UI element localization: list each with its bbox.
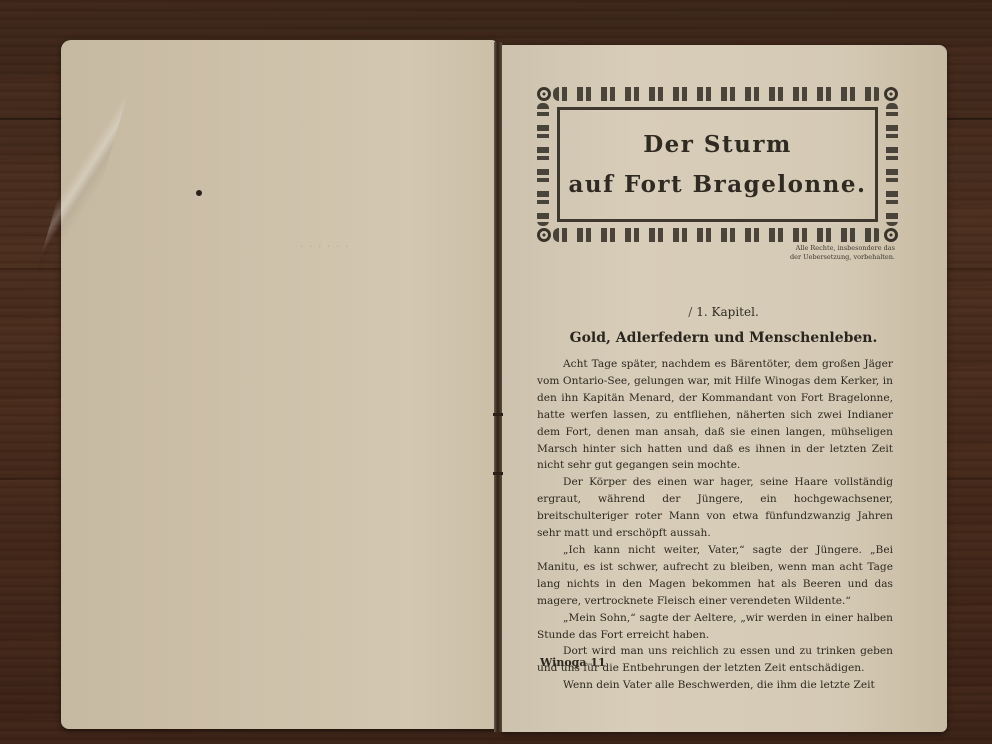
staple [493, 413, 503, 416]
signature-mark: Winoga 11 [540, 656, 606, 669]
book-spine [494, 42, 502, 732]
rights-notice: Alle Rechte, insbesondere das der Uebers… [760, 244, 895, 262]
rosette-icon [537, 87, 551, 101]
paragraph: Wenn dein Vater alle Beschwerden, die ih… [537, 677, 893, 694]
left-page [61, 40, 496, 729]
chapter-heading: Gold, Adlerfedern und Menschenleben. [500, 330, 947, 346]
rosette-icon [884, 228, 898, 242]
handwritten-mark: / [688, 305, 692, 319]
paragraph: „Ich kann nicht weiter, Vater,“ sagte de… [537, 542, 893, 610]
ornament-border-top [553, 87, 882, 101]
title-line-1: Der Sturm [643, 125, 792, 165]
rights-line-2: der Uebersetzung, vorbehalten. [760, 253, 895, 262]
ornament-border-right [886, 103, 898, 226]
body-text: Acht Tage später, nachdem es Bärentöter,… [537, 356, 893, 694]
rights-line-1: Alle Rechte, insbesondere das [760, 244, 895, 253]
ornament-border-left [537, 103, 549, 226]
chapter-label: /1. Kapitel. [500, 305, 947, 319]
title-ornament-frame: Der Sturm auf Fort Bragelonne. [537, 87, 898, 242]
paragraph: Der Körper des einen war hager, seine Ha… [537, 474, 893, 542]
rosette-icon [537, 228, 551, 242]
page-hole [196, 190, 202, 196]
bleed-through-text: · · · · · · [300, 240, 420, 253]
rosette-icon [884, 87, 898, 101]
chapter-number: 1. Kapitel. [696, 305, 758, 319]
title-line-2: auf Fort Bragelonne. [568, 165, 866, 205]
ornament-border-bottom [553, 228, 882, 242]
paragraph: Acht Tage später, nachdem es Bärentöter,… [537, 356, 893, 474]
paragraph: „Mein Sohn,“ sagte der Aeltere, „wir wer… [537, 610, 893, 644]
title-box: Der Sturm auf Fort Bragelonne. [557, 107, 878, 222]
staple [493, 472, 503, 475]
